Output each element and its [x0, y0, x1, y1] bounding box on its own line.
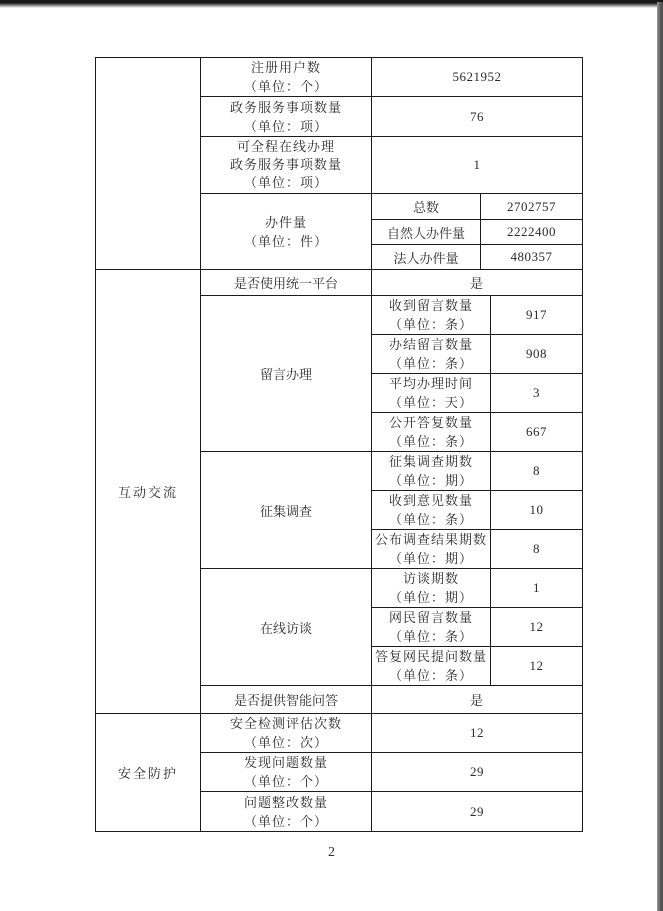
security-assessments-value: 12: [372, 714, 583, 753]
metric-unit-line: （单位：项）: [201, 117, 371, 136]
metric-unit-line: （单位：天）: [372, 393, 490, 412]
results-published-value: 8: [491, 530, 583, 569]
metric-unit-line: （单位：个）: [201, 77, 371, 96]
metric-unit-line: （单位：条）: [372, 666, 490, 685]
metric-label-line: 可全程在线办理: [201, 138, 371, 156]
metric-label-line: 访谈期数: [372, 569, 490, 588]
category-cell-empty: [96, 58, 201, 270]
interview-group-label: 在线访谈: [201, 569, 372, 686]
case-volume-natural-person-label: 自然人办件量: [372, 220, 481, 245]
survey-periods-value: 8: [491, 452, 583, 491]
metric-label-line: 收到意见数量: [372, 491, 490, 510]
metric-unit-line: （单位：件）: [201, 232, 371, 251]
public-replies-value: 667: [491, 413, 583, 452]
messages-received-value: 917: [491, 296, 583, 335]
online-service-items-label: 可全程在线办理 政务服务事项数量 （单位：项）: [201, 137, 372, 194]
metric-label-line: 安全检测评估次数: [201, 714, 371, 733]
metric-label-line: 政务服务事项数量: [201, 98, 371, 117]
registered-users-value: 5621952: [372, 58, 583, 97]
problems-fixed-value: 29: [372, 792, 583, 832]
metric-label-line: 收到留言数量: [372, 296, 490, 315]
case-volume-natural-person-value: 2222400: [481, 220, 583, 245]
document-page: 注册用户数 （单位：个） 5621952 政务服务事项数量 （单位：项） 76 …: [0, 0, 663, 911]
interview-periods-label: 访谈期数 （单位：期）: [372, 569, 491, 608]
table-row: 安全防护 安全检测评估次数 （单位：次） 12: [96, 714, 583, 753]
metric-unit-line: （单位：项）: [201, 174, 371, 192]
case-volume-label: 办件量 （单位：件）: [201, 194, 372, 270]
case-volume-legal-person-value: 480357: [481, 245, 583, 270]
opinions-received-label: 收到意见数量 （单位：条）: [372, 491, 491, 530]
metric-label-line: 公开答复数量: [372, 413, 490, 432]
metric-label-line: 公布调查结果期数: [372, 530, 490, 549]
survey-group-label: 征集调查: [201, 452, 372, 569]
interview-periods-value: 1: [491, 569, 583, 608]
metric-label-line: 问题整改数量: [201, 793, 371, 812]
messages-completed-label: 办结留言数量 （单位：条）: [372, 335, 491, 374]
security-assessments-label: 安全检测评估次数 （单位：次）: [201, 714, 372, 753]
metric-unit-line: （单位：次）: [201, 733, 371, 752]
metric-label-line: 发现问题数量: [201, 753, 371, 772]
public-replies-label: 公开答复数量 （单位：条）: [372, 413, 491, 452]
registered-users-label: 注册用户数 （单位：个）: [201, 58, 372, 97]
table-row: 注册用户数 （单位：个） 5621952: [96, 58, 583, 97]
metric-label-line: 平均办理时间: [372, 374, 490, 393]
message-handling-group-label: 留言办理: [201, 296, 372, 452]
netizen-replies-value: 12: [491, 647, 583, 686]
scan-right-edge: [657, 2, 663, 911]
metric-unit-line: （单位：个）: [201, 772, 371, 791]
case-volume-total-value: 2702757: [481, 194, 583, 220]
report-table: 注册用户数 （单位：个） 5621952 政务服务事项数量 （单位：项） 76 …: [95, 57, 583, 832]
metric-label-line: 答复网民提问数量: [372, 647, 490, 666]
problems-fixed-label: 问题整改数量 （单位：个）: [201, 792, 372, 832]
metric-label-line: 网民留言数量: [372, 608, 490, 627]
metric-unit-line: （单位：期）: [372, 471, 490, 490]
scan-top-edge: [0, 0, 663, 8]
online-service-items-value: 1: [372, 137, 583, 194]
service-items-value: 76: [372, 97, 583, 137]
page-number: 2: [0, 845, 663, 861]
metric-label-line: 注册用户数: [201, 58, 371, 77]
avg-handling-time-label: 平均办理时间 （单位：天）: [372, 374, 491, 413]
problems-found-label: 发现问题数量 （单位：个）: [201, 753, 372, 792]
metric-label-line: 办结留言数量: [372, 335, 490, 354]
opinions-received-value: 10: [491, 491, 583, 530]
service-items-label: 政务服务事项数量 （单位：项）: [201, 97, 372, 137]
unified-platform-label: 是否使用统一平台: [201, 270, 372, 296]
avg-handling-time-value: 3: [491, 374, 583, 413]
netizen-messages-value: 12: [491, 608, 583, 647]
results-published-label: 公布调查结果期数 （单位：期）: [372, 530, 491, 569]
metric-unit-line: （单位：条）: [372, 354, 490, 373]
smart-qa-value: 是: [372, 686, 583, 714]
metric-unit-line: （单位：条）: [372, 510, 490, 529]
netizen-messages-label: 网民留言数量 （单位：条）: [372, 608, 491, 647]
metric-unit-line: （单位：期）: [372, 588, 490, 607]
metric-unit-line: （单位：条）: [372, 627, 490, 646]
problems-found-value: 29: [372, 753, 583, 792]
category-cell-security: 安全防护: [96, 714, 201, 832]
metric-unit-line: （单位：条）: [372, 315, 490, 334]
metric-unit-line: （单位：个）: [201, 812, 371, 831]
category-cell-interaction: 互动交流: [96, 270, 201, 714]
netizen-replies-label: 答复网民提问数量 （单位：条）: [372, 647, 491, 686]
smart-qa-label: 是否提供智能问答: [201, 686, 372, 714]
unified-platform-value: 是: [372, 270, 583, 296]
metric-label-line: 征集调查期数: [372, 452, 490, 471]
metric-label-line: 政务服务事项数量: [201, 156, 371, 174]
case-volume-legal-person-label: 法人办件量: [372, 245, 481, 270]
messages-received-label: 收到留言数量 （单位：条）: [372, 296, 491, 335]
messages-completed-value: 908: [491, 335, 583, 374]
metric-label-line: 办件量: [201, 213, 371, 232]
survey-periods-label: 征集调查期数 （单位：期）: [372, 452, 491, 491]
case-volume-total-label: 总数: [372, 194, 481, 220]
metric-unit-line: （单位：期）: [372, 549, 490, 568]
metric-unit-line: （单位：条）: [372, 432, 490, 451]
table-row: 互动交流 是否使用统一平台 是: [96, 270, 583, 296]
